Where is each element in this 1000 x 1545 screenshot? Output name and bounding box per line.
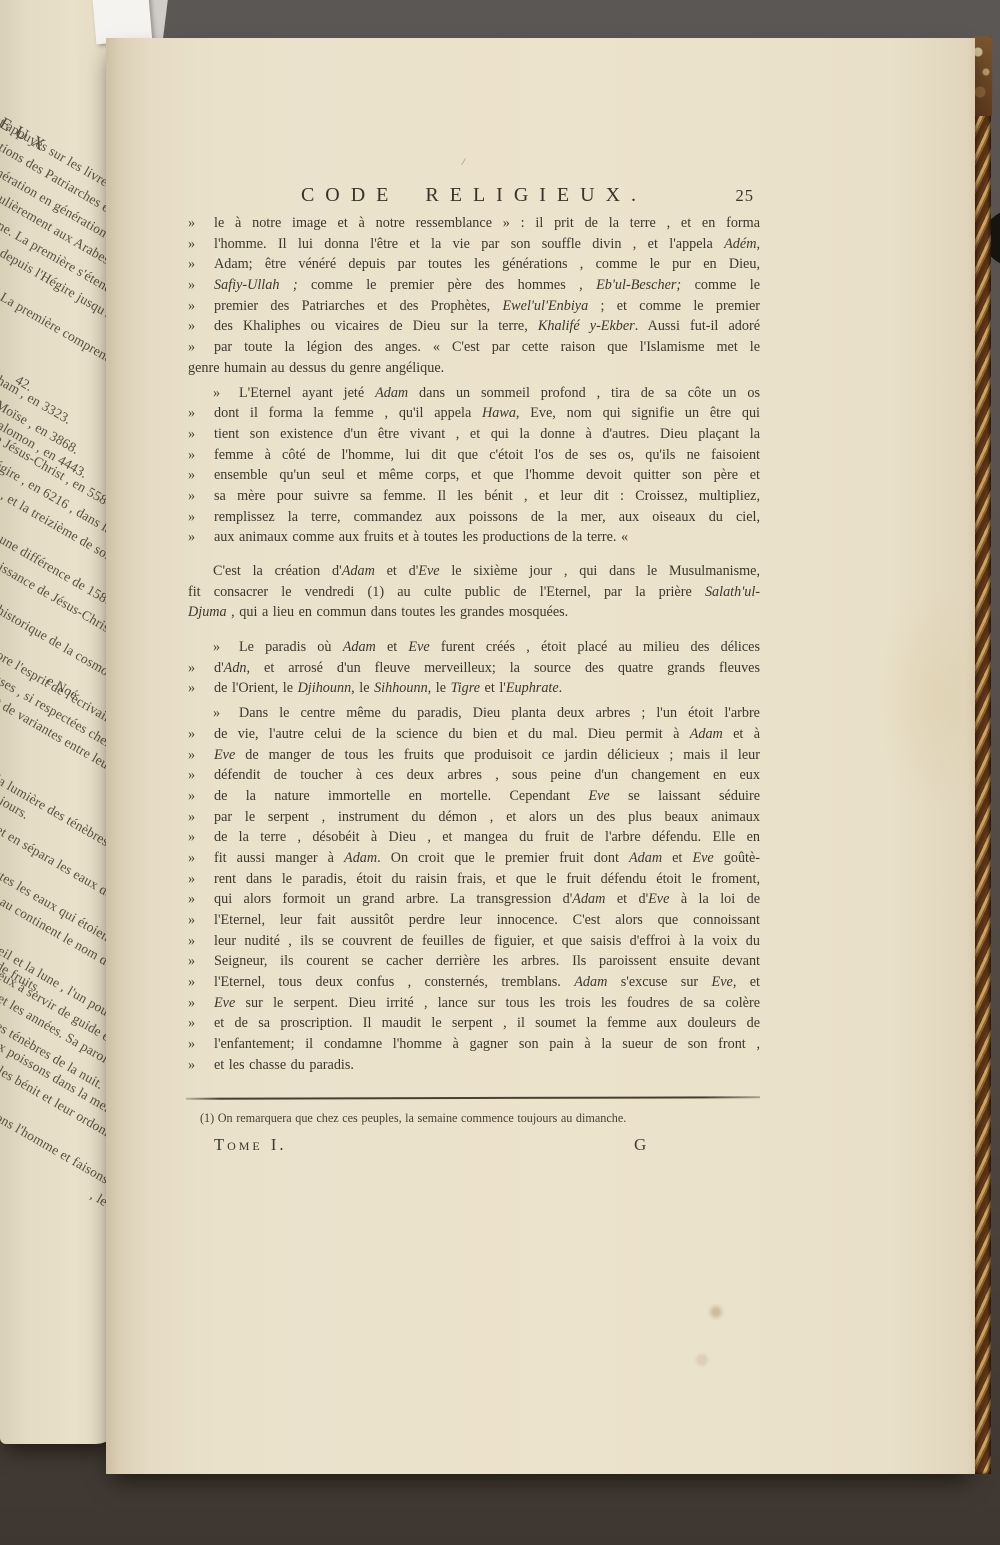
text-line: »le à notre image et à notre ressemblanc… [188, 213, 760, 234]
text-line: »et de sa proscription. Il maudit le ser… [188, 1013, 760, 1034]
text-line: »défendit de toucher à ces deux arbres ,… [188, 765, 760, 786]
text-line: »qui alors formoit un grand arbre. La tr… [188, 889, 760, 910]
text-line: »l'enfantement; il condamne l'homme à ga… [188, 1034, 760, 1055]
text-line: »rent dans le paradis, étoit du raisin f… [188, 869, 760, 890]
text-line: »par toute la légion des anges. « C'est … [188, 337, 760, 358]
catchword: G [634, 1135, 646, 1156]
tome-label: Tome I. [214, 1135, 287, 1156]
text-line: »dont il forma la femme , qu'il appela H… [188, 403, 760, 424]
text-line: »Le paradis où Adam et Eve furent créés … [188, 637, 760, 658]
text-line: »l'homme. Il lui donna l'être et la vie … [188, 234, 760, 255]
footnote: (1) On remarquera que chez ces peuples, … [188, 1108, 760, 1129]
text-line: C'est la création d'Adam et d'Eve le six… [188, 561, 760, 582]
text-line: »Safiy-Ullah ; comme le premier père des… [188, 275, 760, 296]
text-line: »des Khaliphes ou vicaires de Dieu sur l… [188, 316, 760, 337]
text-line: »fit aussi manger à Adam. On croit que l… [188, 848, 760, 869]
text-line: »Dans le centre même du paradis, Dieu pl… [188, 703, 760, 724]
text-line: »sa mère pour suivre sa femme. Il les bé… [188, 486, 760, 507]
text-line: »et les chasse du paradis. [188, 1055, 760, 1076]
text-line: »L'Eternel ayant jeté Adam dans un somme… [188, 383, 760, 404]
paragraph: C'est la création d'Adam et d'Eve le six… [188, 561, 760, 623]
verso-page: IEUXonde sont appuyés sur les livresrévé… [0, 0, 118, 1444]
text-line: »ensemble qu'un seul et même corps, et q… [188, 465, 760, 486]
paragraph: »Le paradis où Adam et Eve furent créés … [188, 637, 760, 699]
text-line: Djuma , qui a lieu en commun dans toutes… [188, 602, 760, 623]
footnote-rule [186, 1096, 760, 1100]
text-line: »Adam; être vénéré depuis par toutes les… [188, 254, 760, 275]
text-line: »l'Eternel, leur fait aussitôt perdre le… [188, 910, 760, 931]
text-line: »tient son existence d'un être vivant , … [188, 424, 760, 445]
page-number: 25 [736, 186, 755, 206]
paragraph: »Dans le centre même du paradis, Dieu pl… [188, 703, 760, 1075]
gilt-binding-edge [974, 36, 991, 1474]
text-line: »Eve de manger de tous les fruits que pr… [188, 745, 760, 766]
running-header: CODE RELIGIEUX. 25 [188, 184, 760, 210]
body-text: »le à notre image et à notre ressemblanc… [188, 213, 760, 1159]
text-line: fit consacrer le vendredi (1) au culte p… [188, 582, 760, 603]
signature-row: Tome I.G [188, 1135, 760, 1159]
text-line: »par le serpent , instrument du démon , … [188, 807, 760, 828]
text-line: »d'Adn, et arrosé d'un fleuve merveilleu… [188, 658, 760, 679]
text-line: »de la nature immortelle en mortelle. Ce… [188, 786, 760, 807]
paragraph: »L'Eternel ayant jeté Adam dans un somme… [188, 383, 760, 549]
text-line: »de vie, l'autre celui de la science du … [188, 724, 760, 745]
text-line: »aux animaux comme aux fruits et à toute… [188, 527, 760, 548]
text-line: »premier des Patriarches et des Prophète… [188, 296, 760, 317]
text-line: »de l'Orient, le Djihounn, le Sihhounn, … [188, 678, 760, 699]
text-line: »Eve sur le serpent. Dieu irrité , lance… [188, 993, 760, 1014]
text-line: »remplissez la terre, commandez aux pois… [188, 507, 760, 528]
text-line: »femme à côté de l'homme, lui dit que c'… [188, 445, 760, 466]
print-artifact: / [461, 156, 466, 168]
paragraph: »le à notre image et à notre ressemblanc… [188, 213, 760, 379]
text-line: »leur nudité , ils se couvrent de feuill… [188, 931, 760, 952]
binding-torn-top [972, 36, 992, 116]
photo-backdrop: IEUXonde sont appuyés sur les livresrévé… [0, 0, 1000, 1545]
text-line: »Seigneur, ils courent se cacher derrièr… [188, 951, 760, 972]
text-line: »de la terre , désobéit à Dieu , et mang… [188, 827, 760, 848]
recto-page: CODE RELIGIEUX. 25 / »le à notre image e… [106, 38, 975, 1474]
page-title: CODE RELIGIEUX. [188, 184, 760, 207]
text-line: genre humain au dessus du genre angéliqu… [188, 358, 760, 379]
text-line: »l'Eternel, tous deux confus , consterné… [188, 972, 760, 993]
